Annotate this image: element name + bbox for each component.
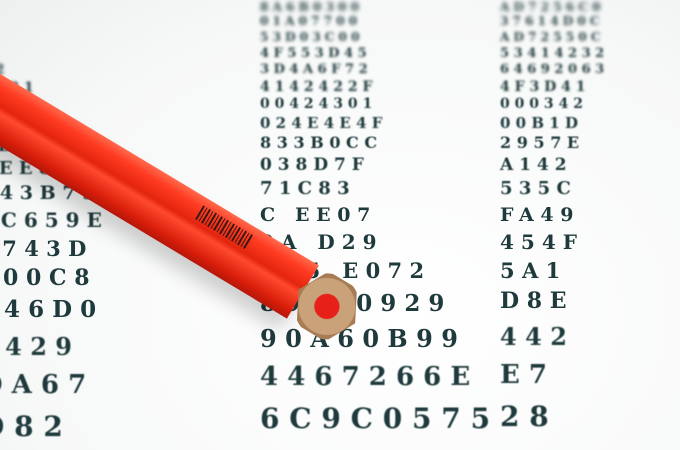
hex-row: 442 [500, 322, 575, 351]
hex-row: 01A07700 [260, 14, 361, 28]
hex-row: 5A1 [500, 258, 568, 283]
hex-row: 7C659E [0, 208, 109, 232]
hex-row: 800C8 [0, 265, 97, 291]
hex-row: 00B1D [500, 114, 583, 132]
hex-row: D82 [0, 410, 73, 443]
hex-row: DA67 [0, 370, 95, 400]
hex-row: 53414232 [500, 46, 609, 61]
hex-row: C EE07 [260, 204, 377, 226]
hex-row: 90A60B99 [260, 324, 466, 353]
hex-row: 454F [500, 230, 584, 254]
hex-row: 37614D0C [500, 14, 604, 28]
hex-row: 53D03C00 [260, 30, 364, 44]
hex-row: F743D [0, 236, 94, 261]
hex-row: 4142422F [260, 79, 377, 95]
hex-row: 00424301 [260, 96, 377, 112]
hex-row: 000342 [500, 96, 588, 112]
hex-row: 146D0 [0, 296, 104, 323]
hex-row: 28 [500, 400, 559, 433]
hex-row: 038D7F [260, 155, 370, 175]
hex-row: AD7256C0 [500, 0, 605, 14]
hex-row: 64692063 [500, 62, 609, 77]
hex-row: 6C9C0575 [260, 402, 500, 435]
hex-row: 4F553D45 [260, 46, 371, 61]
hex-row: AD72550C [500, 30, 605, 44]
hex-row: 71C83 [260, 178, 356, 199]
photo-scene: 84255310031C02001B2C803EE8EF143B757C659E… [0, 0, 680, 450]
hex-row: 2957E [500, 133, 585, 152]
hex-row: D8E [500, 288, 574, 314]
hex-row: 3D4A6F72 [260, 62, 372, 77]
hex-row: 535C [500, 178, 577, 199]
hex-row: A142 [500, 155, 572, 175]
hex-row: E7 [500, 360, 556, 390]
hex-row: FA49 [500, 204, 580, 226]
hex-row: 024E4E4F [260, 114, 388, 132]
hex-row: 833B0CC [260, 133, 383, 152]
hex-row: 4F3D41 [500, 79, 590, 95]
hex-row: 8A6B0300 [260, 0, 363, 14]
hex-row: 0429 [0, 332, 80, 361]
hex-row: 4467266E [260, 362, 479, 392]
